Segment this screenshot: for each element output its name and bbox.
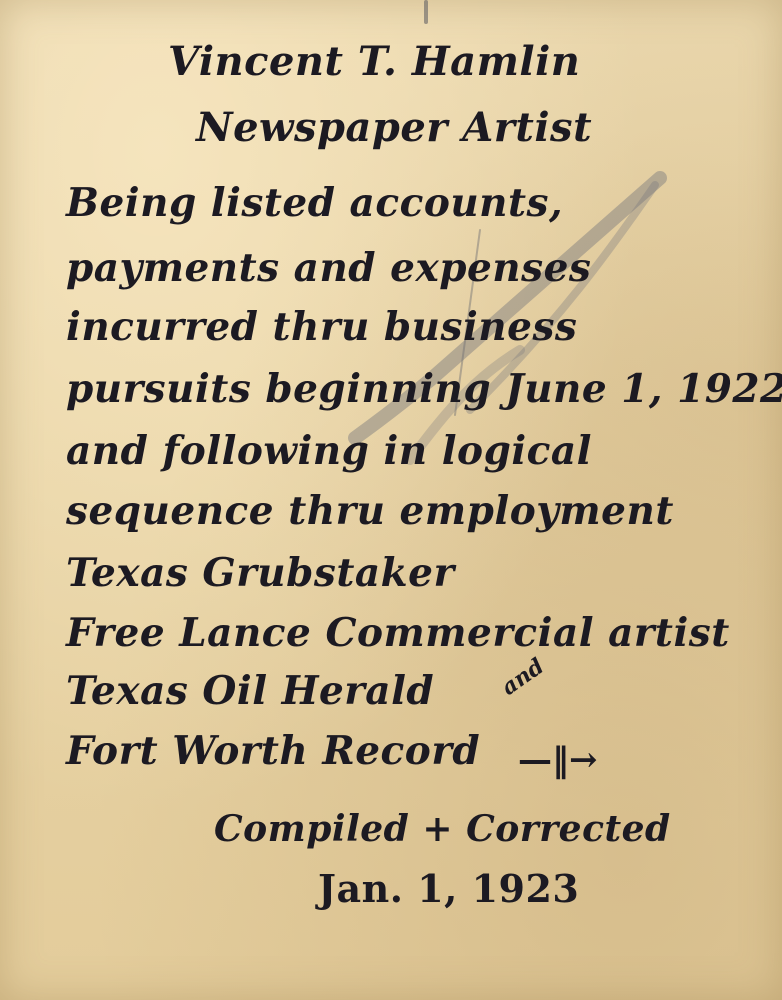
document-date: Jan. 1, 1923 <box>318 866 579 911</box>
compiled-note: Compiled + Corrected <box>214 808 671 850</box>
employer-texas-grubstaker: Texas Grubstaker <box>66 550 455 596</box>
arrow-mark-icon: —⁠‖⁠→ <box>518 740 598 780</box>
author-name: Vincent T. Hamlin <box>168 38 580 85</box>
body-line-1: Being listed accounts, <box>66 180 563 226</box>
employer-texas-oil-herald: Texas Oil Herald <box>66 668 434 714</box>
body-line-2: payments and expenses <box>66 245 591 291</box>
employer-fort-worth-record: Fort Worth Record <box>66 728 480 774</box>
author-title: Newspaper Artist <box>196 104 592 151</box>
manuscript-page: Vincent T. Hamlin Newspaper Artist Being… <box>0 0 782 1000</box>
body-line-3: incurred thru business <box>66 304 577 350</box>
body-line-4: pursuits beginning June 1, 1922 <box>66 366 782 412</box>
body-line-6: sequence thru employment <box>66 488 674 534</box>
employer-free-lance: Free Lance Commercial artist <box>66 610 730 656</box>
pencil-tick-mark <box>424 0 428 24</box>
inserted-and-annotation: and <box>497 653 549 700</box>
body-line-5: and following in logical <box>66 428 592 474</box>
